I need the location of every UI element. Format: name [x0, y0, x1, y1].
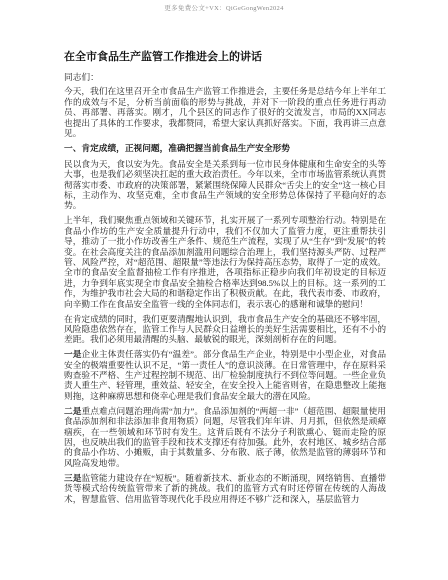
paragraph-text: 企业主体责任落实仍有“温差”。部分食品生产企业，特别是中小型企业，对食品安全的极… [64, 349, 386, 401]
paragraph-text: 监管能力建设存在“短板”。随着新技术、新业态的不断涌现，网络销售、直播带货等模式… [64, 473, 386, 504]
body-paragraph: 今天，我们在这里召开全市食品生产监管工作推进会，主要任务是总结今年上半年工作的成… [64, 86, 386, 138]
body-paragraph: 二是重点难点问题治理尚需“加力”。食品添加剂的“两超一非”（超范围、超限量使用食… [64, 406, 386, 468]
body-paragraph: 一是企业主体责任落实仍有“温差”。部分食品生产企业，特别是中小型企业，对食品安全… [64, 349, 386, 401]
paragraph-lead: 二是 [64, 406, 82, 416]
document-title: 在全市食品生产监管工作推进会上的讲话 [64, 51, 386, 65]
section-heading: 一、肯定成绩，正视问题，准确把握当前食品生产安全形势 [64, 143, 386, 153]
document-blocks: 同志们：今天，我们在这里召开全市食品生产监管工作推进会，主要任务是总结今年上半年… [64, 72, 386, 504]
body-paragraph: 在肯定成绩的同时，我们更要清醒地认识到，我市食品生产安全的基础还不够牢固，风险隐… [64, 314, 386, 345]
body-paragraph: 上半年，我们聚焦重点领域和关键环节，扎实开展了一系列专项整治行动。特别是在食品小… [64, 215, 386, 309]
document-page: 更多免费公文+VX：QiGeGongWen2024 在全市食品生产监管工作推进会… [0, 0, 448, 580]
paragraph-lead: 一是 [64, 349, 81, 359]
body-paragraph: 三是监管能力建设存在“短板”。随着新技术、新业态的不断涌现，网络销售、直播带货等… [64, 473, 386, 504]
paragraph-lead: 三是 [64, 473, 81, 483]
paragraph-text: 重点难点问题治理尚需“加力”。食品添加剂的“两超一非”（超范围、超限量使用食品添… [64, 406, 386, 468]
watermark-header: 更多免费公文+VX：QiGeGongWen2024 [0, 4, 448, 13]
document-content: 在全市食品生产监管工作推进会上的讲话 同志们：今天，我们在这里召开全市食品生产监… [64, 51, 386, 508]
body-paragraph: 民以食为天，食以安为先。食品安全是关系到每一位市民身体健康和生命安全的头等大事，… [64, 159, 386, 211]
salutation: 同志们： [64, 72, 386, 82]
